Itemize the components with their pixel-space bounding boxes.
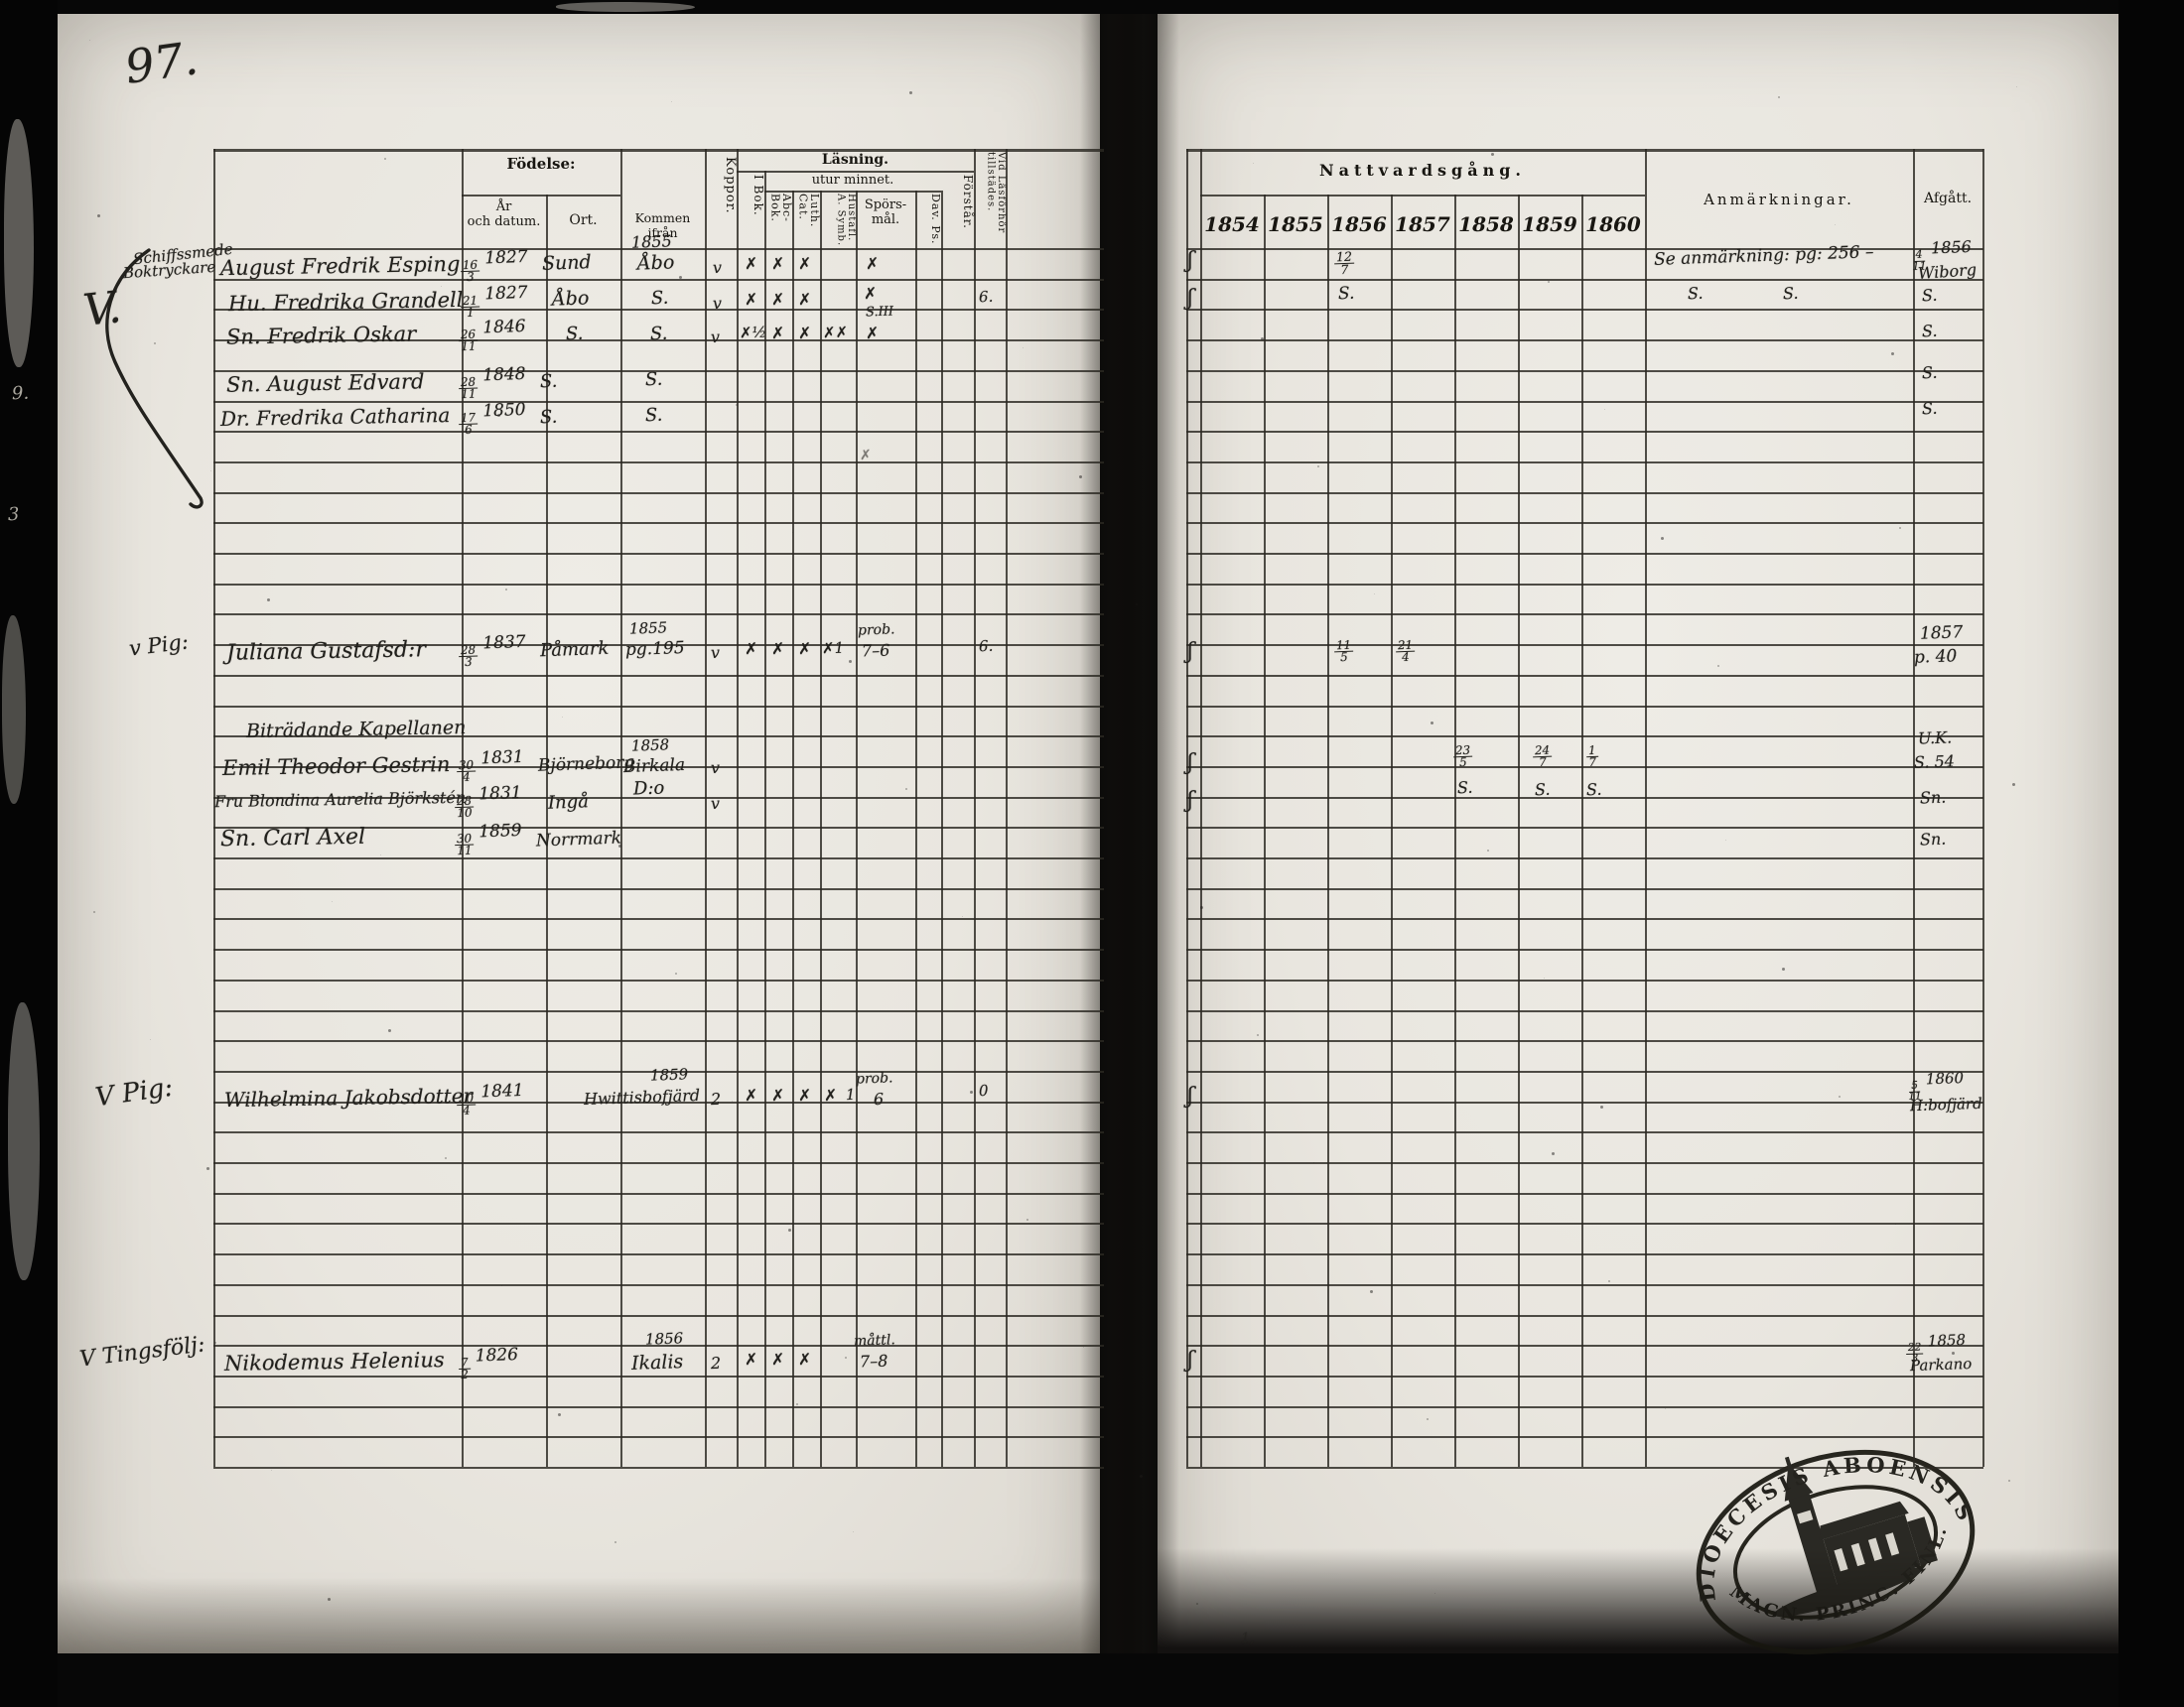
hw-mark: ✗ [798, 641, 812, 657]
hw-anm-grandell-2: S. [1783, 286, 1799, 303]
hw-ort-edvard: S. [540, 373, 558, 392]
table-rule [1186, 1436, 1983, 1438]
hw-afgatt-blondina: Sn. [1920, 790, 1947, 807]
hw-koppor-esping: v [713, 260, 723, 276]
dust-speck [1839, 1096, 1841, 1098]
hw-mark: ✗1 [822, 641, 845, 657]
table-rule [1186, 1345, 1983, 1347]
header-lasning: Läsning. [737, 152, 974, 168]
dust-speck [97, 214, 100, 217]
year-label: 1857 [1391, 212, 1454, 236]
table-rule [462, 195, 620, 197]
dust-speck [679, 276, 682, 279]
table-rule [1186, 461, 1983, 463]
table-rule [213, 1253, 1104, 1255]
hw-edge-mark: 9. [12, 385, 30, 404]
hw-koppor-blondina: v [711, 796, 721, 812]
hw-comm-blondina-1859: S. [1535, 782, 1551, 799]
dust-speck [966, 219, 968, 221]
header-nattvardsgang: Nattvardsgång. [1200, 161, 1645, 180]
hw-afgatt-carl-axel: Sn. [1920, 832, 1947, 849]
hw-kommen-gestrin: Birkala [623, 757, 686, 776]
hw-born-grandell: 211 1827 [460, 285, 528, 319]
table-rule [1186, 949, 1983, 951]
bottom-shadow-left [58, 1578, 1100, 1653]
hw-comm-grandell-1856: S. [1338, 286, 1355, 304]
table-rule [213, 888, 1104, 890]
hw-comm-gestrin-1860: 17 [1585, 736, 1598, 768]
dust-speck [1026, 1219, 1028, 1221]
hw-comm-gestrin-1858: 235 [1452, 736, 1472, 768]
hw-born-oskar: 2611 1846 [458, 319, 526, 352]
dust-speck [1257, 1034, 1259, 1036]
year-label: 1860 [1581, 212, 1645, 236]
dust-speck [388, 1029, 391, 1032]
hw-afgatt-gestrin-1: U.K. [1918, 729, 1953, 746]
dust-speck [1899, 527, 1901, 529]
table-rule [792, 191, 794, 1467]
dust-speck [441, 286, 442, 287]
dust-speck [1317, 465, 1319, 467]
hw-kommen-esping-year: 1855 [631, 233, 672, 250]
table-rule [213, 401, 1104, 403]
table-rule [1186, 309, 1983, 311]
hw-afgatt-juliana-2: p. 40 [1914, 648, 1958, 667]
table-rule [1186, 1071, 1983, 1073]
table-rule [1982, 149, 1984, 1467]
hw-afgatt-juliana-1: 1857 [1920, 624, 1964, 642]
hw-ort-juliana: Påmark [540, 640, 610, 660]
hw-mark: ✗ [864, 286, 878, 302]
hw-ort-blondina: Ingå [548, 793, 590, 812]
hw-comm-blondina-1860: S. [1586, 782, 1602, 799]
table-rule [1186, 675, 1983, 677]
table-rule [1186, 1040, 1983, 1042]
dust-speck [1491, 153, 1494, 156]
hw-name-oskar: Sn. Fredrik Oskar [226, 324, 417, 347]
table-rule [1186, 797, 1983, 799]
dust-speck [324, 726, 326, 728]
hw-comm-mark: ʃ [1187, 641, 1194, 663]
hw-name-carl-axel: Sn. Carl Axel [220, 827, 365, 852]
table-rule [213, 431, 1104, 433]
hw-edge-mark: 3 [8, 506, 20, 524]
hw-afgatt-edvard: S. [1922, 365, 1938, 382]
header-forstar: Förstår. [943, 175, 974, 248]
table-rule [1006, 149, 1008, 1467]
dust-speck [671, 101, 672, 102]
table-rule [213, 1040, 1104, 1042]
hw-name-esping: August Fredrik Esping [220, 254, 461, 279]
hw-mark: ✗ [798, 1352, 812, 1368]
hw-name-juliana: Juliana Gustafsd:r [226, 639, 426, 665]
hw-comm-blondina-1858: S. [1457, 780, 1473, 797]
hw-comm-juliana-1857: 214 [1395, 631, 1415, 663]
dust-speck [1083, 1347, 1084, 1348]
table-rule [1454, 195, 1456, 1467]
dust-speck [970, 1091, 973, 1094]
hw-born-carl-axel: 3011 1859 [454, 823, 522, 856]
dust-speck [214, 1342, 216, 1344]
dust-speck [1956, 655, 1957, 656]
year-label: 1856 [1327, 212, 1391, 236]
hw-kommen-catharina: S. [645, 407, 663, 426]
table-rule [213, 461, 1104, 463]
hw-comm-esping-1856: 127 [1333, 242, 1354, 276]
table-rule [213, 1467, 1104, 1469]
dust-speck [1721, 1536, 1724, 1539]
hw-mark: ✗ [771, 256, 785, 272]
hw-afgatt-esping-2: Wiborg [1918, 262, 1978, 282]
header-koppor: Koppor. [707, 157, 737, 246]
hw-ort-grandell: Åbo [552, 289, 590, 309]
hw-kommen-gestrin-year: 1858 [631, 737, 670, 753]
table-rule [1186, 401, 1983, 403]
dust-speck [562, 717, 563, 718]
table-rule [1186, 1162, 1983, 1164]
hw-ort-catharina: S. [540, 409, 558, 428]
scanned-church-record-spread: Födelse: År och datum. Ort. Kommen ifrån… [0, 0, 2184, 1707]
table-rule [856, 191, 858, 1467]
dust-speck [1665, 1408, 1666, 1409]
table-rule [1581, 195, 1583, 1467]
hw-name-catharina: Dr. Fredrika Catharina [220, 405, 451, 429]
hw-tillstades-grandell: 6. [979, 290, 994, 305]
table-rule [820, 191, 822, 1467]
hw-spors-juliana-1: prob. [858, 622, 895, 637]
hw-mark: ✗ [771, 641, 785, 657]
dust-speck [788, 1229, 791, 1232]
table-rule [213, 1162, 1104, 1164]
dust-speck [384, 158, 386, 160]
dust-speck [206, 1167, 209, 1170]
hw-kommen-esping: Åbo [637, 253, 675, 273]
hw-tillstades-juliana: 6. [979, 639, 994, 654]
table-rule [1186, 492, 1983, 494]
dust-speck [1200, 906, 1203, 909]
dust-speck [1434, 1593, 1435, 1594]
dust-speck [1261, 337, 1264, 340]
hw-comm-gestrin-1859: 247 [1532, 736, 1552, 768]
table-rule [1186, 149, 1983, 152]
hw-afgatt-wilhelmina-2: H:bofjärd [1910, 1097, 1982, 1115]
hw-born-wilhelmina: 104 1841 [456, 1083, 524, 1116]
dust-speck [1487, 850, 1489, 852]
table-rule [213, 1315, 1104, 1317]
hw-kommen-wilhelmina: Hwittisbofjärd [584, 1088, 701, 1108]
hw-anm-grandell-1: S. [1688, 286, 1704, 303]
table-rule [915, 191, 917, 1467]
table-rule [1186, 888, 1983, 890]
hw-born-helenius: 72 1826 [458, 1347, 518, 1380]
header-dav-ps: Dav. Ps. [916, 194, 941, 248]
dust-speck [501, 1285, 502, 1286]
dust-speck [1600, 1106, 1603, 1109]
table-rule [1186, 370, 1983, 372]
header-utur-minnet: utur minnet. [764, 173, 941, 188]
hw-born-blondina: 2810 1831 [454, 785, 522, 819]
hw-name-helenius: Nikodemus Helenius [224, 1350, 445, 1375]
dust-speck [1661, 537, 1664, 540]
dust-speck [1144, 778, 1145, 779]
hw-born-juliana: 283 1837 [458, 634, 526, 668]
hw-spors-wilhelmina-2: 6 [874, 1092, 885, 1108]
table-rule [1186, 1315, 1983, 1317]
hw-ort-carl-axel: Norrmark [536, 831, 622, 851]
hw-comm-mark: ʃ [1187, 790, 1194, 812]
header-symb: Hustafl. A. Symb. [821, 194, 856, 248]
hw-mark: ✗ [745, 256, 758, 272]
year-label: 1859 [1518, 212, 1581, 236]
hw-koppor-grandell: v [713, 296, 723, 312]
hw-spors-wilhelmina-1: prob. [856, 1071, 893, 1086]
hw-mark: ✗ [745, 292, 758, 308]
header-ar-datum: År och datum. [462, 200, 546, 230]
table-rule [1200, 195, 1645, 197]
dust-speck [445, 1157, 447, 1159]
table-rule [213, 857, 1104, 859]
hw-born-esping: 163 1827 [460, 249, 528, 283]
hw-mark: ✗ [798, 292, 812, 308]
hw-name-blondina: Fru Blondina Aurelia Björkstén [214, 790, 466, 810]
hw-group-heading-kapellan: Biträdande Kapellanen [246, 719, 467, 741]
hw-kommen-juliana-year: 1855 [629, 620, 668, 636]
hw-mark: ✗ [745, 641, 758, 657]
dust-speck [849, 660, 852, 663]
dust-speck [328, 1598, 331, 1601]
dust-speck [1544, 978, 1545, 979]
table-rule [213, 675, 1104, 677]
dust-speck [614, 1541, 616, 1543]
hw-comm-mark: ʃ [1187, 288, 1194, 310]
hw-mark: ✗ [866, 256, 880, 272]
table-rule [1186, 766, 1983, 768]
hw-ort-gestrin: Björneborg [538, 754, 635, 774]
table-rule [213, 706, 1104, 708]
hw-comm-mark: ʃ [1187, 1350, 1194, 1372]
dust-speck [1552, 1152, 1555, 1155]
hw-spors-juliana-2: 7–6 [862, 643, 890, 660]
hw-mark: ✗½ [740, 326, 767, 341]
table-rule [213, 584, 1104, 586]
dust-speck [792, 532, 793, 533]
hw-page-number: 97. [122, 35, 201, 90]
table-rule [1186, 553, 1983, 555]
table-rule [213, 149, 1104, 152]
hw-koppor-helenius: 2 [711, 1356, 722, 1372]
dust-speck [2016, 86, 2017, 87]
hw-kommen-helenius-year: 1856 [645, 1331, 684, 1347]
dust-speck [2008, 1480, 2010, 1482]
dust-speck [796, 1403, 798, 1405]
dust-speck [2012, 783, 2015, 786]
table-rule [1186, 980, 1983, 982]
hw-mark: ✗ [771, 1088, 785, 1104]
table-rule [213, 1376, 1104, 1378]
hw-mark: ✗ [860, 449, 872, 462]
hw-mark: ✗ [745, 1352, 758, 1368]
dust-speck [1313, 1162, 1314, 1163]
header-sporsmal: Spörs- mål. [856, 198, 915, 228]
dust-speck [1196, 1603, 1198, 1605]
hw-name-edvard: Sn. August Edvard [226, 371, 425, 395]
hw-mark-siii: S.III [866, 306, 893, 320]
dust-speck [909, 91, 912, 94]
header-anmarkningar: Anmärkningar. [1645, 191, 1913, 208]
dust-speck [1023, 347, 1024, 348]
dust-speck [1725, 840, 1726, 841]
hw-mark: ✗ [745, 1088, 758, 1104]
table-rule [1518, 195, 1520, 1467]
table-rule [974, 149, 976, 1467]
hw-afgatt-catharina: S. [1922, 401, 1938, 418]
hw-kommen-edvard: S. [645, 371, 663, 390]
table-rule [1645, 149, 1647, 1467]
hw-mark: 1 [846, 1088, 856, 1103]
table-rule [1186, 1193, 1983, 1195]
dust-speck [1782, 968, 1785, 971]
dust-speck [1778, 96, 1780, 98]
table-rule [213, 1406, 1104, 1408]
hw-stray-mark: 1, [1241, 1632, 1255, 1645]
table-rule [213, 1010, 1104, 1012]
table-rule [1186, 706, 1983, 708]
table-rule [1186, 918, 1983, 920]
hw-mark: ✗ [771, 326, 785, 341]
table-rule [213, 949, 1104, 951]
hw-kommen-juliana: pg.195 [625, 640, 685, 659]
dust-speck [332, 901, 333, 902]
dust-speck [271, 1470, 272, 1471]
header-abc-bok: Abc-Bok. [766, 194, 792, 248]
table-rule [941, 191, 943, 1467]
dust-speck [154, 342, 156, 344]
hw-kommen-wilhelmina-year: 1859 [650, 1067, 689, 1083]
table-rule [1186, 1376, 1983, 1378]
dust-speck [1136, 603, 1138, 605]
hw-mark: ✗ [866, 326, 880, 341]
table-rule [1200, 149, 1202, 1467]
table-rule [1186, 522, 1983, 524]
dust-speck [1370, 1290, 1373, 1293]
dust-speck [267, 598, 270, 601]
hw-name-wilhelmina: Wilhelmina Jakobsdotter [224, 1086, 473, 1110]
header-luth-cat: Luth. Cat. [794, 194, 820, 248]
hw-koppor-juliana: v [711, 645, 721, 661]
hw-afgatt-grandell: S. [1922, 288, 1938, 305]
dust-speck [89, 40, 90, 41]
table-rule [213, 613, 1104, 615]
table-rule [1186, 1131, 1983, 1133]
header-fodelse: Födelse: [462, 155, 620, 173]
header-ort: Ort. [546, 212, 620, 228]
table-rule [213, 1223, 1104, 1225]
table-rule [213, 522, 1104, 524]
dust-speck [93, 911, 95, 913]
dust-speck [1604, 409, 1605, 410]
hw-ort-esping: Sund [542, 253, 592, 274]
table-rule [1186, 339, 1983, 341]
hw-afgatt-gestrin-2: S. 54 [1914, 753, 1955, 770]
table-rule [213, 1436, 1104, 1438]
hw-koppor-wilhelmina: 2 [711, 1092, 722, 1108]
table-rule [213, 1131, 1104, 1133]
table-rule [213, 1193, 1104, 1195]
dust-speck [1608, 1280, 1610, 1282]
dust-speck [150, 1039, 151, 1040]
dust-speck [1079, 475, 1082, 478]
dust-speck [1140, 1475, 1143, 1478]
hw-born-catharina: 176 1850 [458, 402, 526, 436]
dust-speck [962, 916, 963, 917]
table-rule [1186, 613, 1983, 615]
hw-mark: ✗ [798, 326, 812, 341]
dust-speck [1717, 665, 1719, 667]
year-label: 1858 [1454, 212, 1518, 236]
year-label: 1855 [1264, 212, 1327, 236]
table-rule [620, 149, 622, 1467]
dust-speck [505, 589, 507, 591]
dust-speck [1548, 281, 1550, 283]
table-rule [1186, 644, 1983, 646]
hw-spors-helenius-1: måttl. [854, 1333, 895, 1348]
hw-ort-oskar: S. [566, 326, 584, 344]
hw-koppor-oskar: v [711, 329, 721, 345]
dust-speck [1427, 1418, 1429, 1420]
hw-comm-mark: ʃ [1187, 1086, 1194, 1108]
hw-margin-initial: V. [81, 286, 123, 333]
table-rule [213, 492, 1104, 494]
dust-speck [1952, 1352, 1955, 1355]
table-rule [737, 171, 974, 173]
hw-comm-mark: ʃ [1187, 250, 1194, 272]
dust-speck [905, 788, 907, 790]
header-i-bok: I Bok. [739, 175, 764, 248]
table-rule [1391, 195, 1393, 1467]
dust-speck [1895, 1224, 1896, 1225]
dust-speck [845, 1357, 847, 1359]
table-rule [1186, 857, 1983, 859]
dust-speck [853, 1531, 854, 1532]
table-rule [1186, 827, 1983, 829]
table-rule [213, 279, 1104, 281]
table-rule [1186, 1253, 1983, 1255]
dust-speck [1431, 722, 1433, 724]
hw-afgatt-oskar: S. [1922, 324, 1938, 340]
table-rule [764, 171, 766, 1467]
table-rule [1186, 584, 1983, 586]
table-rule [737, 149, 739, 1467]
dust-speck [618, 845, 621, 848]
table-rule [1264, 195, 1266, 1467]
hw-born-gestrin: 304 1831 [456, 749, 524, 783]
hw-mark: ✗ [798, 256, 812, 272]
scan-edge-right [2118, 0, 2184, 1707]
table-rule [1186, 1223, 1983, 1225]
hw-born-edvard: 2811 1848 [458, 366, 526, 400]
dust-speck [380, 854, 381, 855]
dust-speck [210, 470, 211, 471]
table-rule [213, 980, 1104, 982]
hw-name-grandell: Hu. Fredrika Grandell [228, 290, 464, 315]
table-rule [1186, 1467, 1983, 1469]
torn-paper-bit [556, 2, 695, 12]
hw-mark: ✗ [798, 1088, 812, 1104]
dust-speck [1891, 352, 1894, 355]
hw-mark: ✗ [771, 1352, 785, 1368]
table-rule [213, 553, 1104, 555]
hw-kommen-blondina: D:o [633, 779, 665, 798]
